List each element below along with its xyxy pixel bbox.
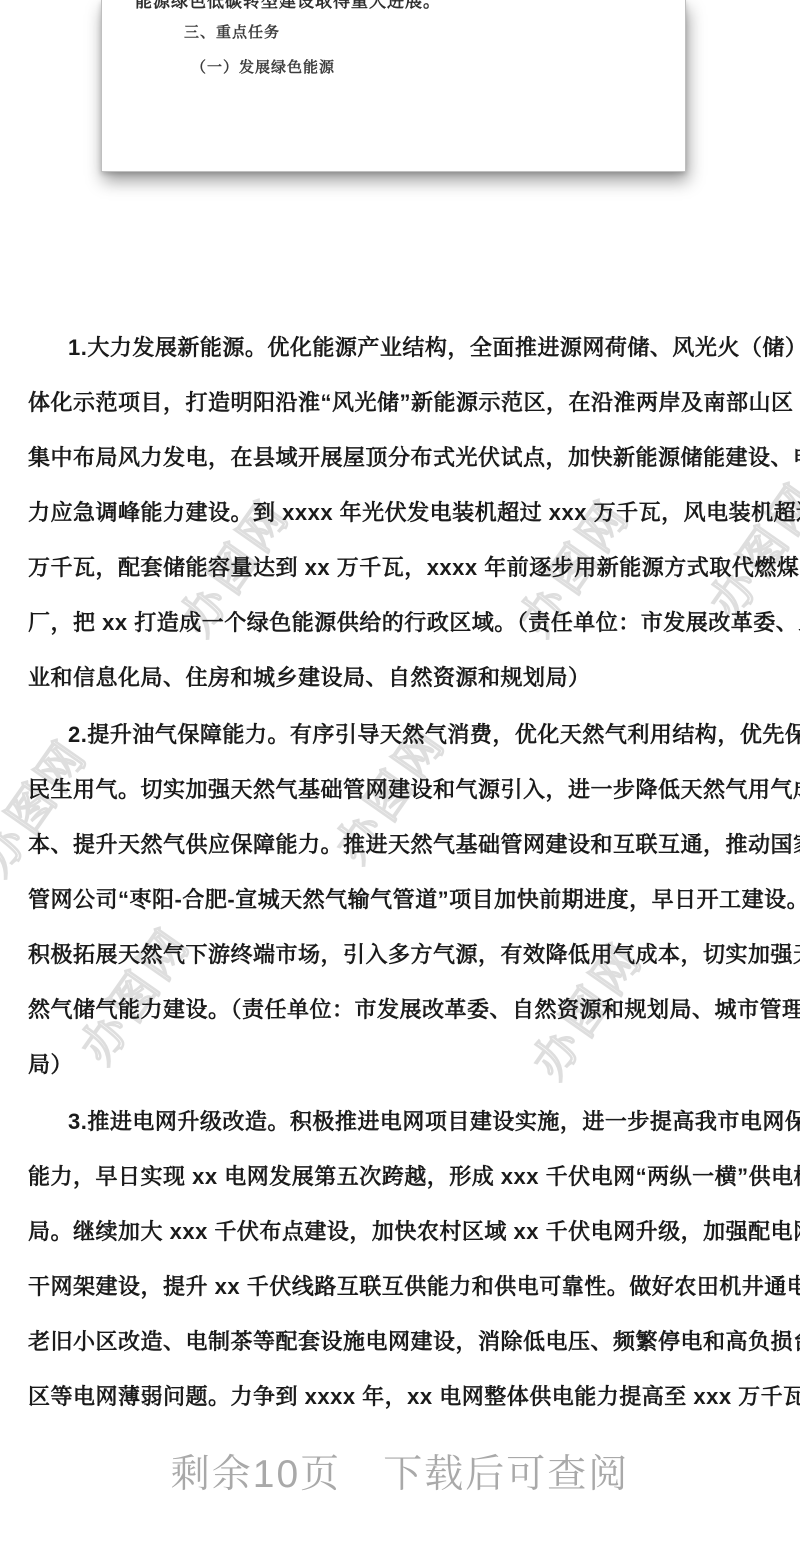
text-line: 老旧小区改造、电制茶等配套设施电网建设，消除低电压、频繁停电和高负损台 (28, 1314, 776, 1369)
text-line: 2.提升油气保障能力。有序引导天然气消费，优化天然气利用结构，优先保证 (28, 707, 776, 762)
document-body: 1.大力发展新能源。优化能源产业结构，全面推进源网荷储、风光火（储）一 体化示范… (28, 320, 776, 1426)
text-line: 局） (28, 1037, 776, 1092)
paragraph: 3.推进电网升级改造。积极推进电网项目建设实施，进一步提高我市电网保障 能力，早… (28, 1094, 776, 1424)
text-line: 管网公司“枣阳-合肥-宣城天然气输气管道”项目加快前期进度，早日开工建设。 (28, 872, 776, 927)
clipped-heading-line: 能源绿色低碳转型建设取得重大进展。 (135, 0, 441, 12)
text-line: 民生用气。切实加强天然气基础管网建设和气源引入，进一步降低天然气用气成 (28, 762, 776, 817)
text-line: 集中布局风力发电，在县域开展屋顶分布式光伏试点，加快新能源储能建设、电 (28, 430, 776, 485)
section-heading: 三、重点任务 (184, 21, 280, 42)
text-line: 积极拓展天然气下游终端市场，引入多方气源，有效降低用气成本，切实加强天 (28, 927, 776, 982)
subsection-heading: （一）发展绿色能源 (191, 56, 335, 77)
text-line: 万千瓦，配套储能容量达到 xx 万千瓦，xxxx 年前逐步用新能源方式取代燃煤电 (28, 540, 776, 595)
text-line: 区等电网薄弱问题。力争到 xxxx 年，xx 电网整体供电能力提高至 xxx 万… (28, 1369, 776, 1424)
text-line: 1.大力发展新能源。优化能源产业结构，全面推进源网荷储、风光火（储）一 (28, 320, 776, 375)
pages-remaining-label: 剩余10页 (171, 1453, 341, 1496)
text-line: 3.推进电网升级改造。积极推进电网项目建设实施，进一步提高我市电网保障 (28, 1094, 776, 1149)
document-preview-page: 能源绿色低碳转型建设取得重大进展。 三、重点任务 （一）发展绿色能源 (101, 0, 686, 172)
text-line: 干网架建设，提升 xx 千伏线路互联互供能力和供电可靠性。做好农田机井通电、 (28, 1259, 776, 1314)
text-line: 厂，把 xx 打造成一个绿色能源供给的行政区域。（责任单位：市发展改革委、工 (28, 595, 776, 650)
text-line: 本、提升天然气供应保障能力。推进天然气基础管网建设和互联互通，推动国家 (28, 817, 776, 872)
text-line: 局。继续加大 xxx 千伏布点建设，加快农村区域 xx 千伏电网升级，加强配电网… (28, 1204, 776, 1259)
text-line: 力应急调峰能力建设。到 xxxx 年光伏发电装机超过 xxx 万千瓦，风电装机超… (28, 485, 776, 540)
download-hint-label: 下载后可查阅 (383, 1453, 629, 1496)
text-line: 能力，早日实现 xx 电网发展第五次跨越，形成 xxx 千伏电网“两纵一横”供电… (28, 1149, 776, 1204)
text-line: 体化示范项目，打造明阳沿淮“风光储”新能源示范区，在沿淮两岸及南部山区 (28, 375, 776, 430)
paragraph: 1.大力发展新能源。优化能源产业结构，全面推进源网荷储、风光火（储）一 体化示范… (28, 320, 776, 705)
text-line: 业和信息化局、住房和城乡建设局、自然资源和规划局） (28, 650, 776, 705)
paragraph: 2.提升油气保障能力。有序引导天然气消费，优化天然气利用结构，优先保证 民生用气… (28, 707, 776, 1092)
text-line: 然气储气能力建设。（责任单位：市发展改革委、自然资源和规划局、城市管理 (28, 982, 776, 1037)
preview-footer: 剩余10页下载后可查阅 (0, 1443, 800, 1499)
